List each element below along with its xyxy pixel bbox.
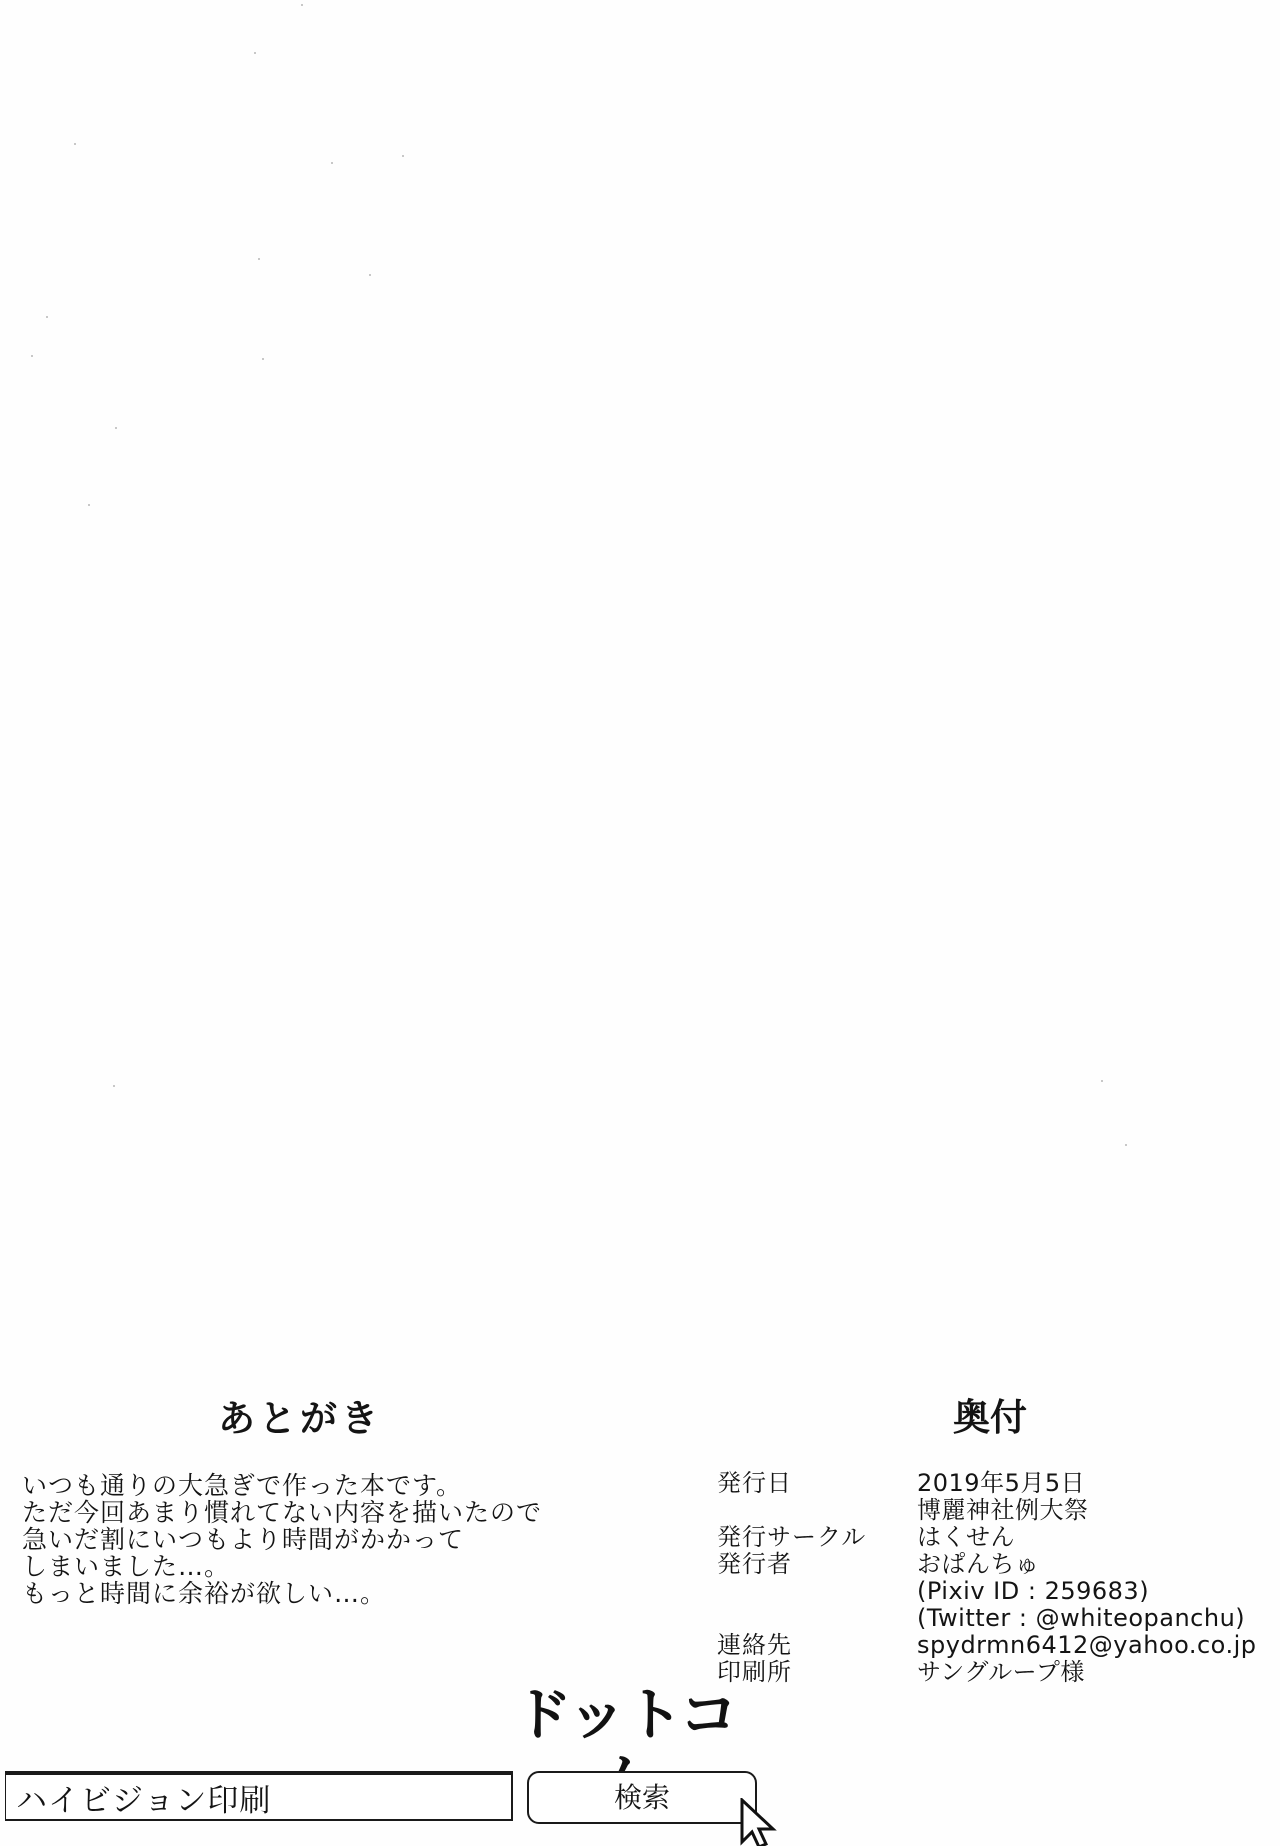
search-input: ハイビジョン印刷	[5, 1771, 513, 1821]
publish-date: 2019年5月5日	[917, 1470, 1089, 1497]
blank-page-area	[0, 0, 1280, 1380]
paper-speck	[1101, 1080, 1103, 1082]
paper-speck	[402, 155, 404, 157]
paper-speck	[258, 258, 260, 260]
colophon-value: おぱんちゅ (Pixiv ID : 259683) (Twitter : @wh…	[917, 1551, 1245, 1632]
paper-speck	[88, 504, 90, 506]
paper-speck	[115, 427, 117, 429]
contact-email: spydrmn6412@yahoo.co.jp	[917, 1632, 1256, 1659]
paper-speck	[262, 358, 264, 360]
colophon-label: 連絡先	[717, 1632, 917, 1659]
paper-speck	[113, 1085, 115, 1087]
paper-speck	[331, 162, 333, 164]
colophon-label: 発行者	[717, 1551, 917, 1632]
circle-name: はくせん	[917, 1524, 1015, 1551]
event-name: 博麗神社例大祭	[917, 1497, 1089, 1524]
colophon-value: 2019年5月5日 博麗神社例大祭	[917, 1470, 1089, 1524]
colophon-row-printer: 印刷所 サングループ様	[717, 1659, 1256, 1686]
paper-speck	[74, 143, 76, 145]
afterword-heading: あとがき	[200, 1394, 400, 1442]
mouse-pointer-icon	[740, 1798, 780, 1846]
colophon-value: はくせん	[917, 1524, 1015, 1551]
colophon-row-circle: 発行サークル はくせん	[717, 1524, 1256, 1551]
printer-name: サングループ様	[917, 1659, 1085, 1686]
afterword-line: 急いだ割にいつもより時間がかかって	[22, 1526, 662, 1553]
search-input-value: ハイビジョン印刷	[16, 1775, 271, 1820]
colophon-row-publish-date: 発行日 2019年5月5日 博麗神社例大祭	[717, 1470, 1256, 1524]
dotcom-logo: ドットコム	[493, 1684, 755, 1747]
paper-speck	[46, 316, 48, 318]
paper-speck	[31, 355, 33, 357]
colophon-label: 印刷所	[717, 1659, 917, 1686]
colophon-heading: 奥付	[930, 1394, 1050, 1442]
printed-page: あとがき いつも通りの大急ぎで作った本です。 ただ今回あまり慣れてない内容を描い…	[0, 0, 1280, 1846]
afterword-line: しまいました…。	[22, 1553, 662, 1580]
paper-speck	[1125, 1144, 1127, 1146]
colophon-table: 発行日 2019年5月5日 博麗神社例大祭 発行サークル はくせん 発行者 おぱ…	[717, 1470, 1256, 1686]
paper-speck	[301, 4, 303, 6]
colophon-row-publisher: 発行者 おぱんちゅ (Pixiv ID : 259683) (Twitter :…	[717, 1551, 1256, 1632]
search-button-label: 検索	[614, 1776, 670, 1816]
search-button: 検索	[527, 1771, 757, 1824]
pixiv-id: (Pixiv ID : 259683)	[917, 1578, 1245, 1605]
colophon-label: 発行サークル	[717, 1524, 917, 1551]
afterword-line: いつも通りの大急ぎで作った本です。	[22, 1472, 662, 1499]
afterword-line: もっと時間に余裕が欲しい…。	[22, 1580, 662, 1607]
colophon-value: サングループ様	[917, 1659, 1085, 1686]
colophon-label: 発行日	[717, 1470, 917, 1524]
twitter-handle: (Twitter : @whiteopanchu)	[917, 1605, 1245, 1632]
colophon-value: spydrmn6412@yahoo.co.jp	[917, 1632, 1256, 1659]
afterword-body: いつも通りの大急ぎで作った本です。 ただ今回あまり慣れてない内容を描いたので 急…	[22, 1472, 662, 1607]
paper-speck	[254, 52, 256, 54]
afterword-line: ただ今回あまり慣れてない内容を描いたので	[22, 1499, 662, 1526]
publisher-name: おぱんちゅ	[917, 1551, 1245, 1578]
paper-speck	[369, 274, 371, 276]
colophon-row-contact: 連絡先 spydrmn6412@yahoo.co.jp	[717, 1632, 1256, 1659]
